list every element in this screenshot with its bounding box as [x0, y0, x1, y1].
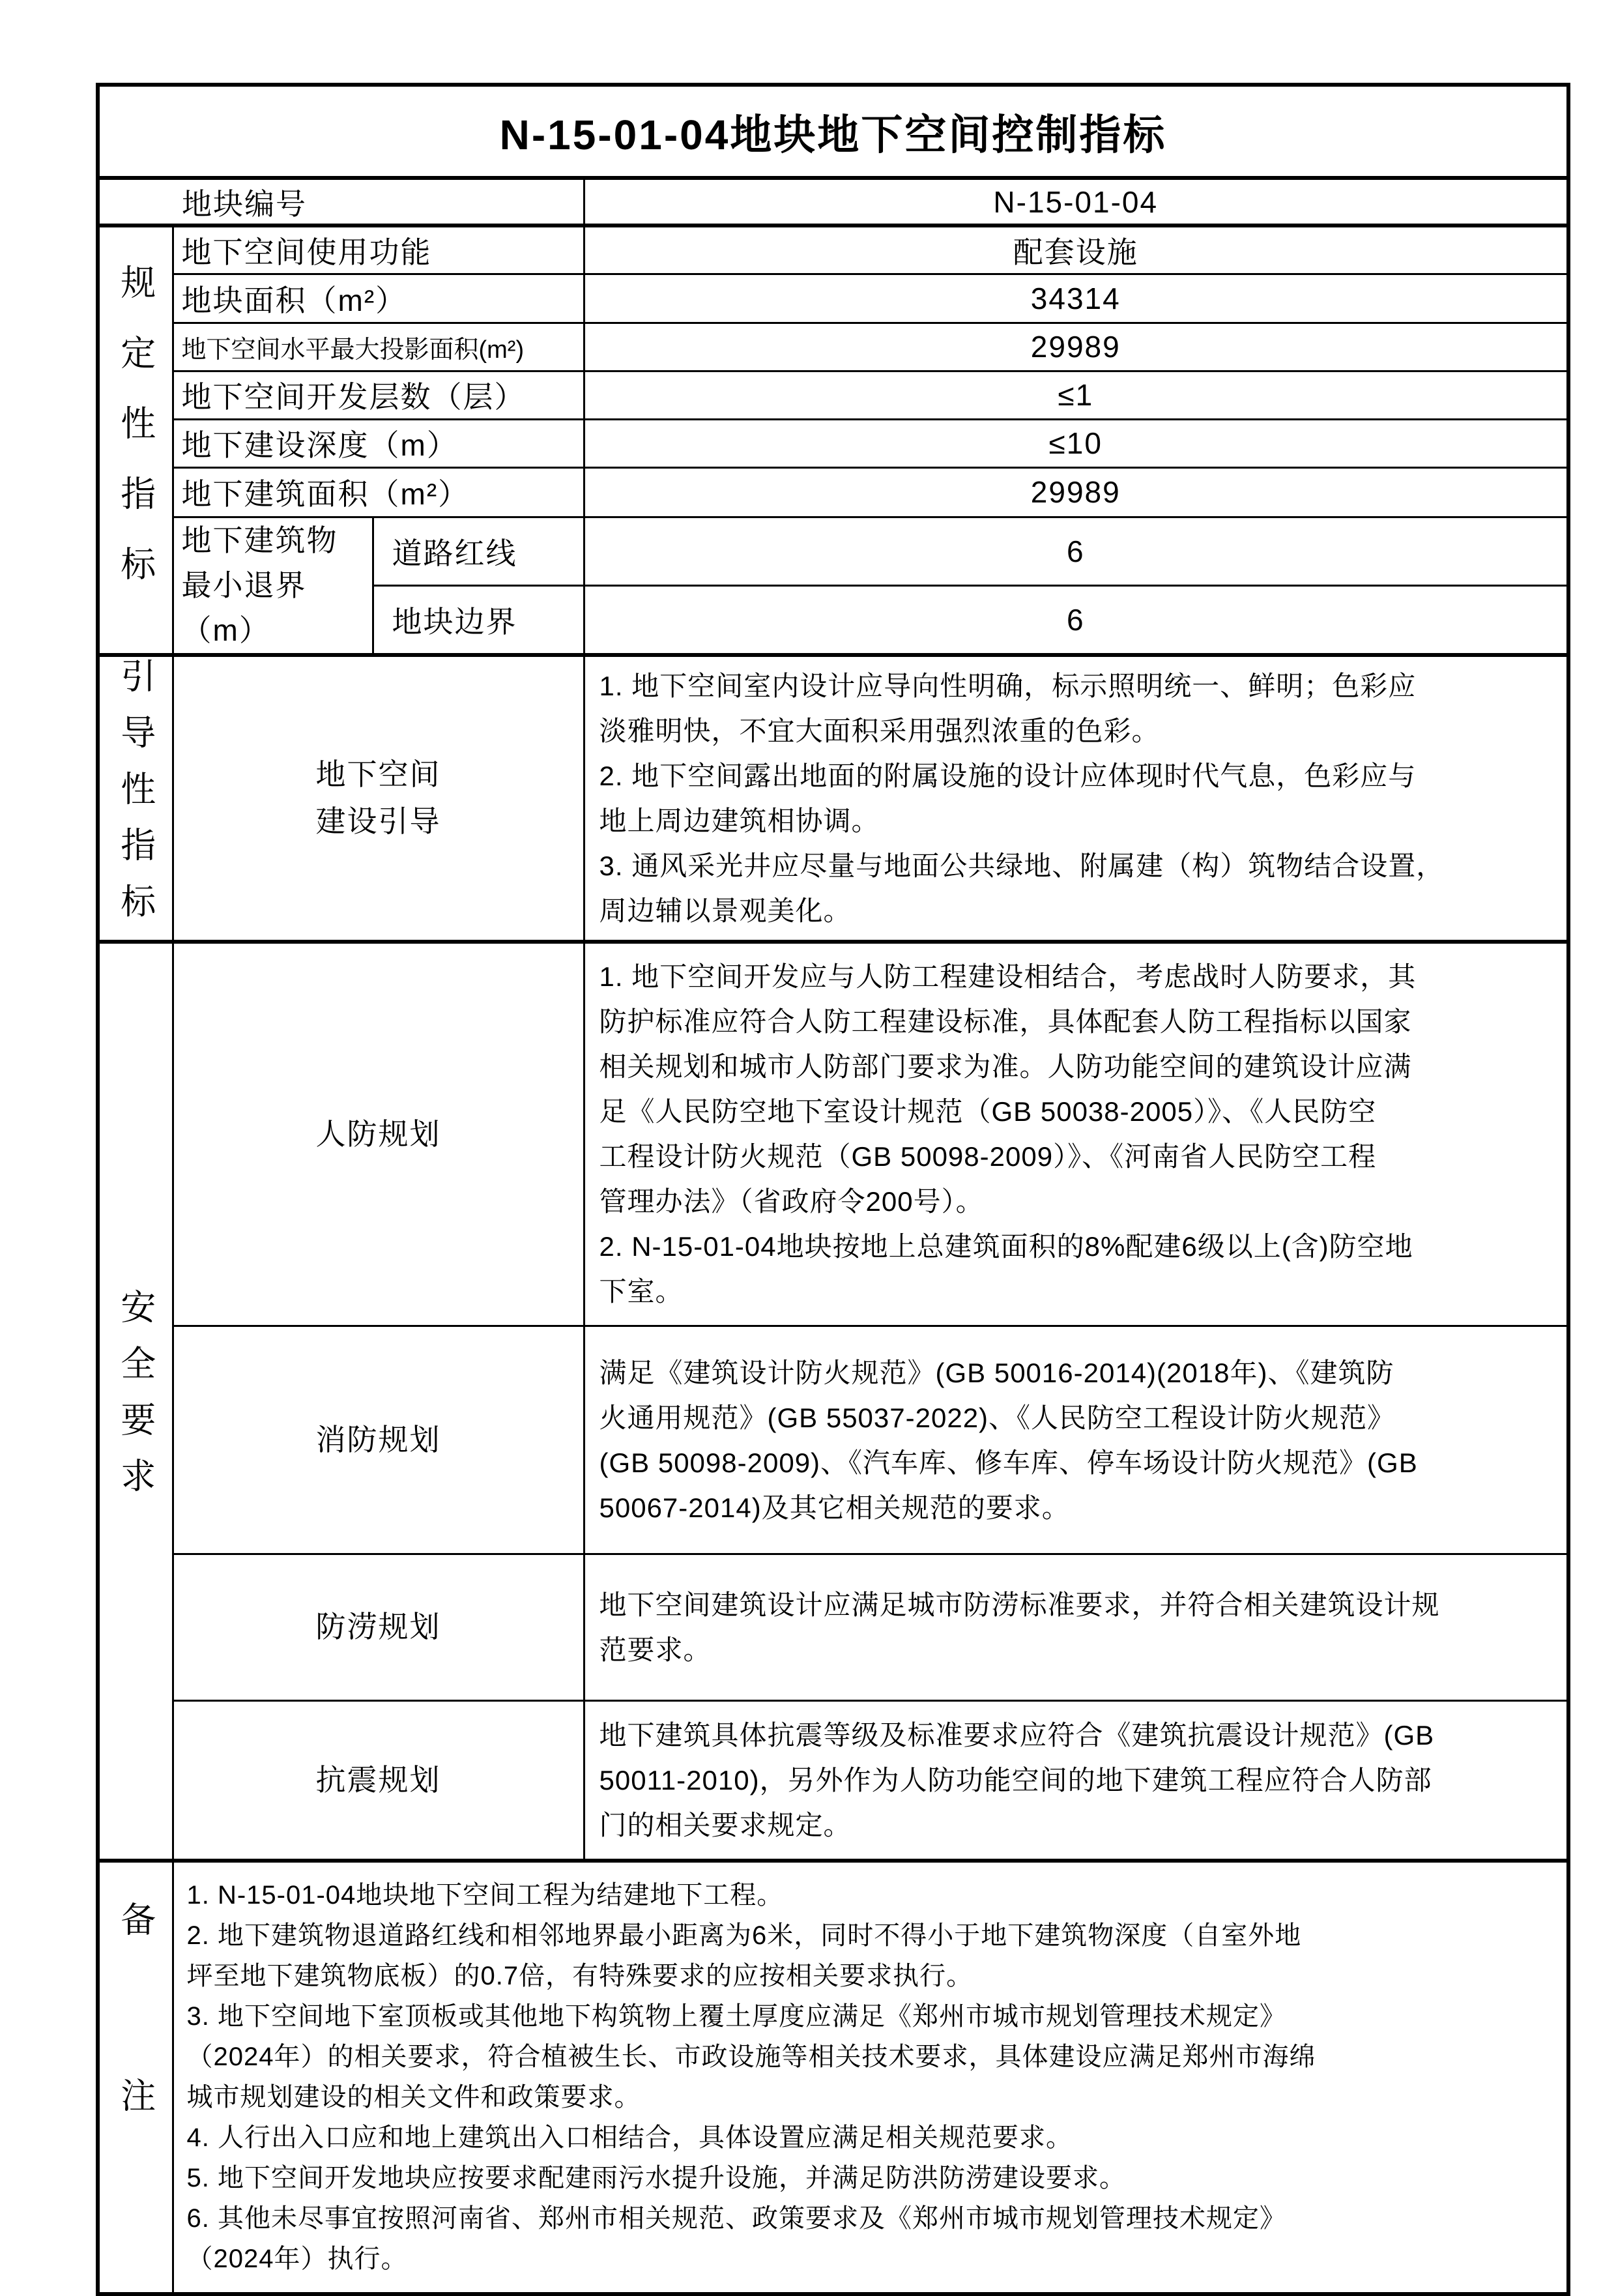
row-label-civil-defense: 人防规划: [173, 942, 584, 1326]
row-label-underground-floor-area: 地下建筑面积（m²）: [173, 467, 584, 517]
row-body-civil-defense: 1. 地下空间开发应与人防工程建设相结合，考虑战时人防要求，其 防护标准应符合人…: [584, 942, 1568, 1326]
row-label-construction-depth: 地下建设深度（m）: [173, 419, 584, 467]
plot-number-label: 地块编号: [98, 178, 584, 225]
plot-number-value: N-15-01-04: [584, 178, 1568, 225]
row-label-max-projection-area: 地下空间水平最大投影面积(m²): [173, 323, 584, 371]
row-label-flood-prevention: 防涝规划: [173, 1554, 584, 1701]
row-label-development-layers: 地下空间开发层数（层）: [173, 371, 584, 419]
row-value-max-projection-area: 29989: [584, 323, 1568, 371]
section-label-prescriptive: 规定性指标: [98, 225, 173, 655]
row-label-seismic-planning: 抗震规划: [173, 1701, 584, 1861]
section-label-remarks: 备注: [98, 1861, 173, 2294]
row-body-flood-prevention: 地下空间建筑设计应满足城市防涝标准要求，并符合相关建筑设计规 范要求。: [584, 1554, 1568, 1701]
row-value-underground-floor-area: 29989: [584, 467, 1568, 517]
row-value-development-layers: ≤1: [584, 371, 1568, 419]
section-label-safety: 安全要求: [98, 942, 173, 1861]
row-body-construction-guidance: 1. 地下空间室内设计应导向性明确，标示照明统一、鲜明；色彩应 淡雅明快，不宜大…: [584, 655, 1568, 942]
setback-label-plot-boundary: 地块边界: [373, 586, 584, 655]
row-label-plot-area: 地块面积（m²）: [173, 274, 584, 323]
row-label-usage-function: 地下空间使用功能: [173, 225, 584, 274]
setback-value-road-redline: 6: [584, 517, 1568, 586]
remarks-body: 1. N-15-01-04地块地下空间工程为结建地下工程。 2. 地下建筑物退道…: [173, 1861, 1568, 2294]
row-body-fire-protection: 满足《建筑设计防火规范》(GB 50016-2014)(2018年)、《建筑防 …: [584, 1326, 1568, 1554]
row-value-usage-function: 配套设施: [584, 225, 1568, 274]
control-indicator-table: N-15-01-04地块地下空间控制指标 地块编号 N-15-01-04 规定性…: [96, 83, 1570, 2296]
setback-label-road-redline: 道路红线: [373, 517, 584, 586]
setback-value-plot-boundary: 6: [584, 586, 1568, 655]
row-label-fire-protection: 消防规划: [173, 1326, 584, 1554]
document-page: { "doc": { "title": "N-15-01-04地块地下空间控制指…: [0, 0, 1616, 2286]
page-title: N-15-01-04地块地下空间控制指标: [98, 85, 1568, 178]
row-label-construction-guidance: 地下空间 建设引导: [173, 655, 584, 942]
section-label-guiding: 引导性指标: [98, 655, 173, 942]
row-value-construction-depth: ≤10: [584, 419, 1568, 467]
row-value-plot-area: 34314: [584, 274, 1568, 323]
setback-group-label: 地下建筑物 最小退界（m）: [173, 517, 373, 655]
row-body-seismic-planning: 地下建筑具体抗震等级及标准要求应符合《建筑抗震设计规范》(GB 50011-20…: [584, 1701, 1568, 1861]
